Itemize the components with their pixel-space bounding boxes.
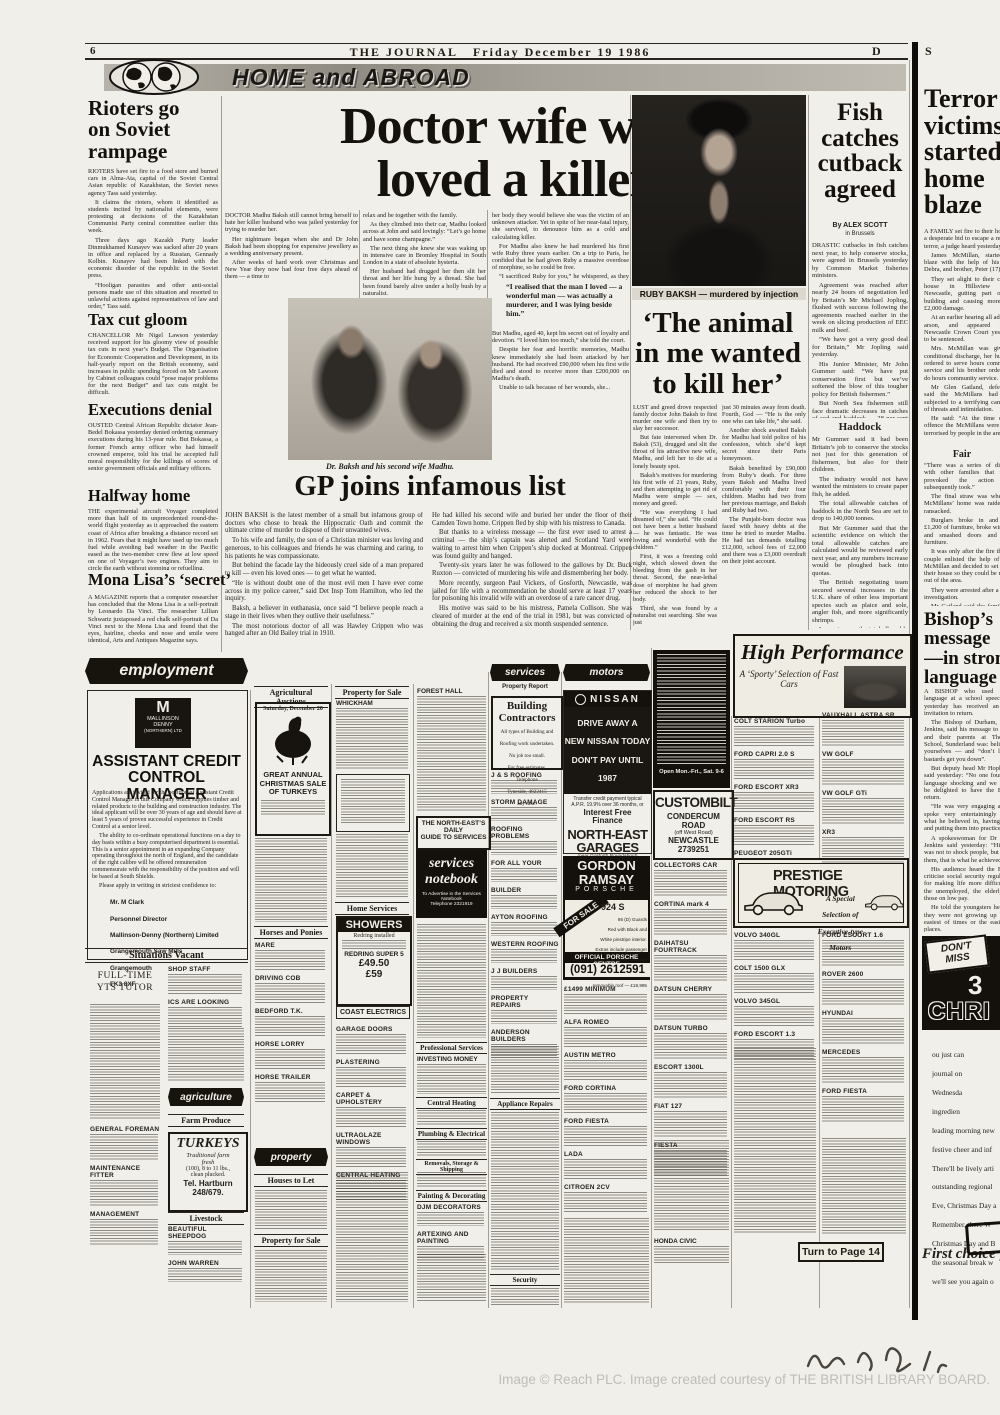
masthead-date: Friday December 19 1986 <box>473 45 650 59</box>
library-watermark: Image © Reach PLC. Image created courtes… <box>420 1372 990 1387</box>
security-header: Security <box>490 1274 560 1286</box>
globe-icon <box>108 58 200 96</box>
fish-byline-location: in Brussels <box>812 231 908 237</box>
custombilt-price-list: Open Mon.-Fri., Sat. 9-6 <box>653 650 730 788</box>
illegible-text-block <box>417 1254 486 1302</box>
executive-car-leads: VOLVO 340GLCOLT 1500 GLXVOLVO 345GLFORD … <box>734 932 816 1064</box>
adjacent-page-letter: S <box>925 44 932 59</box>
ruby-photo-caption: RUBY BAKSH — murdered by injection <box>632 288 806 300</box>
plumbing-header: Plumbing & Electrical <box>416 1128 487 1140</box>
jobs-right-leads: SHOP STAFFICS ARE LOOKING <box>168 966 244 1032</box>
illegible-text-block <box>336 708 408 770</box>
illegible-text-block <box>491 1046 559 1094</box>
terror-body-1: A FAMILY set fire to their home in a des… <box>924 228 1000 446</box>
used-car-leads: COLLECTORS CARCORTINA mark 4DAIHATSU FOU… <box>654 862 729 1181</box>
illegible-text-block <box>654 1246 729 1264</box>
porsche-ad-body: FOR SALE 924 S 86 (D) GuardsRed with Bla… <box>565 900 648 952</box>
column-rule <box>221 96 222 652</box>
property-ribbon: property <box>254 1148 328 1166</box>
promo-teaser: CHRI <box>928 998 991 1026</box>
brief-tax-body: CHANCELLOR Mr Nigel Lawson yesterday rec… <box>88 332 218 400</box>
services-ribbon: services <box>490 664 560 681</box>
nissan-circle-icon <box>575 694 586 705</box>
illegible-text-block <box>822 1138 906 1234</box>
nissan-headline: DRIVE AWAY ANEW NISSAN TODAYDON'T PAY UN… <box>564 707 651 794</box>
illegible-text-block <box>255 838 327 922</box>
turkey-bird-image <box>257 712 329 771</box>
fish-subhead: Haddock <box>812 421 908 433</box>
job-ad-body: Applications are invited for the positio… <box>92 790 242 890</box>
home-services-header: Home Services <box>335 902 409 915</box>
ruby-photo <box>632 95 806 286</box>
terror-subhead: Fair <box>924 449 1000 460</box>
building-contractors-ad: Building Contractors All types of Buildi… <box>491 696 563 770</box>
livestock-header: Livestock <box>168 1212 244 1225</box>
mallinson-denny-logo: M MALLINSON DENNY (NORTHERN) LTD <box>135 698 191 748</box>
property-for-sale-header-2: Property for Sale <box>254 1234 328 1247</box>
porsche-dealer-ad: GORDON RAMSAY PORSCHE FOR SALE 924 S 86 … <box>563 856 650 980</box>
lead-col4a: LUST and greed drove respected family do… <box>633 404 717 630</box>
illegible-text-block <box>491 1288 559 1306</box>
brief-rioters-body: RIOTERS have set fire to a food store an… <box>88 168 218 310</box>
illegible-text-block <box>417 1064 486 1094</box>
page-number: 6 <box>90 45 96 57</box>
section-banner: HOME and ABROAD <box>104 64 906 91</box>
honda-lead: HONDA CIVIC <box>654 1238 729 1245</box>
column-rule <box>808 95 809 630</box>
situations-vacant-header: Situations Vacant <box>85 948 248 963</box>
fish-headline: Fish catches cutback agreed <box>812 100 908 202</box>
turn-to-page-box: Turn to Page 14 <box>798 1242 884 1262</box>
promo-number: 3 <box>968 970 982 1001</box>
illegible-text-block <box>336 1172 408 1302</box>
livestock-leads: BEAUTIFUL SHEEPDOGJOHN WARREN <box>168 1226 244 1287</box>
masthead-title: THE JOURNAL <box>350 45 458 59</box>
central-heating-header: Central Heating <box>416 1097 487 1109</box>
sports-car-photo <box>844 666 906 708</box>
brief-executions-headline: Executions denial <box>88 402 212 419</box>
brief-halfway-body: THE experimental aircraft Voyager comple… <box>88 508 218 570</box>
high-performance-subtitle: A ‘Sporty’ Selection of Fast Cars <box>735 669 843 689</box>
illegible-text-block <box>341 779 405 825</box>
illegible-text-block <box>654 1140 729 1232</box>
dont-miss-flash: DON'T MISS <box>924 934 989 973</box>
car-leads-right-bottom: FORD ESCORT 1.6ROVER 2600HYUNDAIMERCEDES… <box>822 932 906 1127</box>
illegible-text-block <box>90 1004 160 1120</box>
employment-ribbon: employment <box>85 658 248 684</box>
illegible-text-block <box>734 1048 816 1234</box>
promo-box-outline <box>965 1220 1000 1255</box>
lead-col1: DOCTOR Madhu Baksh still cannot bring he… <box>225 212 358 296</box>
illegible-text-block <box>417 1141 486 1157</box>
illegible-text-block <box>491 1112 559 1270</box>
prestige-motoring-ad: PRESTIGE MOTORING A SpecialSelection ofE… <box>733 858 909 928</box>
services-notebook-panel: services notebook To Advertise in the Se… <box>416 850 487 918</box>
professional-services-header: Professional Services <box>416 1042 487 1054</box>
lead-quote-inset: “I realised that the man I loved — a won… <box>506 282 626 318</box>
illegible-text-block <box>342 940 406 950</box>
car-clipart <box>863 890 905 912</box>
illegible-text-block <box>564 1218 649 1304</box>
turkeys-ad: TURKEYS Traditional farm fresh (100), 8 … <box>168 1132 248 1212</box>
illegible-text-block <box>255 1250 327 1302</box>
horse-leads: MAREDRIVING COBBEDFORD T.K.HORSE LORRYHO… <box>255 942 327 1107</box>
logo-m-glyph: M <box>135 700 191 716</box>
newspaper-page: 6 THE JOURNAL Friday December 19 1986 D … <box>0 0 1000 1415</box>
appliance-repairs-header: Appliance Repairs <box>490 1098 560 1110</box>
illegible-text-block <box>255 1190 327 1230</box>
masthead-rule <box>85 58 908 60</box>
coast-electrics-ad: COAST ELECTRICS <box>336 1006 410 1019</box>
motors-ribbon: motors <box>563 664 650 681</box>
gp-col2: He had killed his second wife and buried… <box>432 512 632 668</box>
lead-col3a: her body they would believe she was the … <box>492 212 629 280</box>
car-clipart <box>741 886 805 916</box>
property-for-sale-header: Property for Sale <box>335 686 409 699</box>
bishop-headline: Bishop’s message —in strong language <box>924 610 1000 688</box>
investing-lead: INVESTING MONEY <box>417 1056 478 1063</box>
lead-col3b: But Madhu, aged 40, kept his secret out … <box>492 330 629 462</box>
illegible-text-block <box>168 1028 244 1082</box>
turkey-sale-ad: Saturday, December 20 GREAT ANNUAL CHRIS… <box>255 702 331 836</box>
pull-quote: ‘The animal in me wanted to kill her’ <box>628 308 808 399</box>
agriculture-ribbon: agriculture <box>168 1088 244 1106</box>
section-banner-label: HOME and ABROAD <box>232 64 470 91</box>
horses-ponies-header: Horses and Ponies <box>254 926 328 939</box>
custombilt-ad: CUSTOMBILT CONDERCUM ROAD (off West Road… <box>653 790 734 860</box>
porsche-phone: (091) 2612591 <box>565 963 650 977</box>
bishop-body: A BISHOP who used strong language at a s… <box>924 688 1000 932</box>
illegible-text-block <box>417 696 486 812</box>
lead-col2: relax and be together with the family.As… <box>363 212 486 296</box>
lead-col4b: just 30 minutes away from death. Fourth,… <box>722 404 806 630</box>
porsche-spec-lines: 86 (D) GuardsRed with Black andWhite pin… <box>591 912 647 993</box>
price-list-rows <box>657 654 726 766</box>
nissan-finance-small: Transfer credit payment typical A.P.R. 1… <box>564 794 651 808</box>
high-performance-title: High Performance <box>741 640 910 665</box>
column-rule <box>487 210 488 298</box>
motors-leads: £1499 MINIMUMALFA ROMEOAUSTIN METROFORD … <box>564 986 649 1217</box>
roofing-leads: J & S ROOFINGSTORM DAMAGEROOFING PROBLEM… <box>491 772 559 1063</box>
fish-body-1: DRASTIC cutbacks in fish catches next ye… <box>812 242 908 418</box>
showers-ad: SHOWERS Redring installed REDRING SUPER … <box>336 916 412 1006</box>
car-leads-right-top: VAUXHALL ASTRA SRVW GOLFVW GOLF GTiXR3 <box>822 712 906 868</box>
top-rule <box>85 43 908 44</box>
brief-mona-body: A MAGAZINE reports that a computer resea… <box>88 594 218 652</box>
brief-halfway-headline: Halfway home <box>88 488 190 505</box>
fish-byline: By ALEX SCOTT <box>812 222 908 229</box>
forest-hall-lead: FOREST HALL <box>417 688 463 695</box>
guide-to-services-box: THE NORTH-EAST’S DAILY GUIDE TO SERVICES <box>416 816 491 850</box>
baksh-couple-photo <box>288 298 492 460</box>
illegible-text-block <box>417 1172 486 1188</box>
page-gutter-bar <box>912 42 918 1320</box>
terror-body-2: “There was a series of disputes with oth… <box>924 462 1000 606</box>
nissan-logo-bar: NISSAN <box>564 691 651 707</box>
brief-tax-headline: Tax cut gloom <box>88 312 187 329</box>
property-report-header: Property Report <box>490 684 560 690</box>
property-lead: WHICKHAM <box>336 700 373 707</box>
brief-executions-body: OUSTED Central African Republic dictator… <box>88 422 218 485</box>
nissan-ad: NISSAN DRIVE AWAY ANEW NISSAN TODAYDON'T… <box>563 690 652 854</box>
brief-rioters-headline: Rioters go on Soviet rampage <box>88 98 220 162</box>
painting-header: Painting & Decorating <box>416 1190 487 1202</box>
brief-mona-headline: Mona Lisa’s ‘secret’ <box>88 572 231 589</box>
column-rule <box>359 210 360 298</box>
illegible-text-block <box>261 800 325 816</box>
gp-headline: GP joins infamous list <box>225 472 635 502</box>
farm-produce-header: Farm Produce <box>168 1114 244 1127</box>
high-performance-ad: High Performance A ‘Sporty’ Selection of… <box>733 634 912 718</box>
jobs-left-leads: GENERAL FOREMANMAINTENANCE FITTERMANAGEM… <box>90 1126 160 1250</box>
terror-headline: Terror victims started home blaze <box>924 86 1000 219</box>
gp-col1: JOHN BAKSH is the latest member of a sma… <box>225 512 423 668</box>
yts-tutor-ad: FULL-TIME YTS TUTOR <box>92 970 158 995</box>
promo-panel: DON'T MISS 3 CHRI <box>922 936 1000 1030</box>
illegible-text-block <box>417 1110 486 1126</box>
fish-body-2: Mr Gummer said it had been Britain’s job… <box>812 436 908 628</box>
boxed-ad <box>336 774 410 832</box>
illegible-text-block <box>336 834 408 898</box>
edition-letter: D <box>872 44 881 59</box>
houses-to-let-header: Houses to Let <box>254 1174 328 1187</box>
illegible-text-block <box>417 924 486 1038</box>
